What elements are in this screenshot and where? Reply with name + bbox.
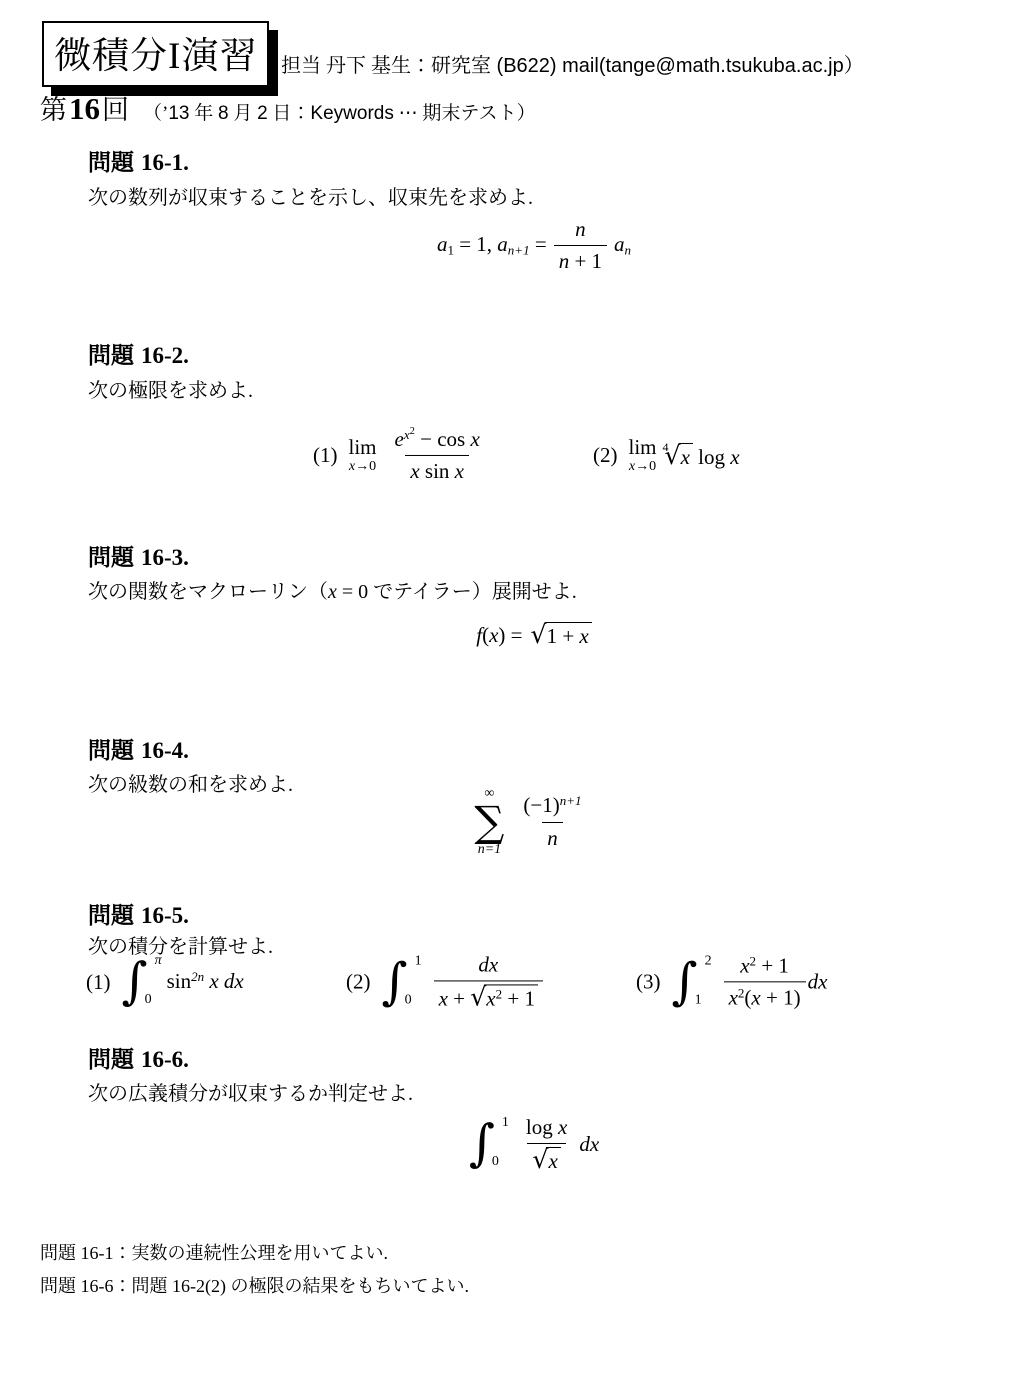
fraction-numerator: n	[570, 217, 591, 245]
formula-16-5-1: (1) ∫ π 0 sin2n x dx	[86, 954, 244, 1010]
fraction-denominator: x2(x + 1)	[724, 982, 806, 1011]
session-number: 16	[67, 91, 102, 127]
problem-title: 問題16-1.	[88, 144, 189, 177]
summation-lower: n=1	[478, 843, 501, 857]
fraction: log x √x	[521, 1115, 572, 1174]
problem-title-kanji: 問題	[88, 903, 134, 928]
footnote-16-1: 問題 16-1：実数の連続性公理を用いてよい.	[40, 1237, 469, 1270]
sigma-sign: ∑	[474, 803, 504, 841]
problem-statement: 次の広義積分が収束するか判定せよ.	[88, 1077, 413, 1106]
integral-upper-limit: 2	[705, 954, 712, 968]
integral: ∫ 2 1	[672, 954, 712, 1010]
formula-16-6: ∫ 1 0 log x √x dx	[44, 1104, 1024, 1184]
function-lhs: f(x) =	[476, 623, 522, 648]
item-label: (3)	[636, 970, 661, 995]
instructor-line: 担当 丹下 基生：研究室 (B622) mail(tange@math.tsuk…	[281, 49, 864, 78]
lim-subscript: x→0	[349, 460, 376, 474]
integral-upper-limit: 1	[502, 1116, 509, 1130]
problem-title-number: 16-3.	[141, 545, 189, 570]
integral-lower-limit: 1	[695, 993, 712, 1007]
formula-row-16-5: (1) ∫ π 0 sin2n x dx (2) ∫ 1 0	[0, 942, 1024, 1022]
radicand: x	[546, 1147, 560, 1174]
differential: dx	[808, 970, 828, 995]
fraction: ex2 − cos x x sin x	[390, 426, 485, 484]
problem-title: 問題16-3.	[88, 539, 189, 572]
fraction-denominator: n + 1	[554, 245, 607, 274]
formula-16-1: a1 = 1, an+1 = n n + 1 an	[44, 212, 1024, 278]
radicand: x2 + 1	[484, 984, 538, 1011]
formula-16-5-3: (3) ∫ 2 1 x2 + 1 x2(x + 1) dx	[636, 953, 827, 1010]
instructor-close-paren: ）	[844, 55, 864, 77]
fraction-numerator: x2 + 1	[735, 953, 794, 981]
item-label: (2)	[346, 970, 371, 995]
instructor-contact: (B622) mail(tange@math.tsukuba.ac.jp	[491, 55, 844, 77]
integral-limits: 1 0	[495, 1116, 509, 1172]
integral: ∫ 1 0	[469, 1116, 509, 1172]
integral-lower-limit: 0	[405, 993, 422, 1007]
integral-limits: π 0	[148, 954, 162, 1010]
formula-row-16-2: (1) lim x→0 ex2 − cos x x sin x (2) lim …	[0, 415, 1024, 495]
course-title: 微積分I演習	[54, 36, 257, 77]
lim-subscript: x→0	[629, 460, 656, 474]
problem-title-number: 16-5.	[141, 903, 189, 928]
problem-title-number: 16-6.	[141, 1047, 189, 1072]
fraction-numerator: dx	[473, 952, 503, 980]
session-prefix: 第	[40, 88, 67, 127]
differential: dx	[579, 1132, 599, 1157]
problem-title-kanji: 問題	[88, 545, 134, 570]
fraction: n n + 1	[554, 217, 607, 274]
formula-16-2-2: (2) lim x→0 4√x log x	[593, 436, 740, 474]
fraction-denominator: √x	[527, 1143, 565, 1174]
integral-upper-limit: π	[155, 954, 162, 968]
footnotes: 問題 16-1：実数の連続性公理を用いてよい. 問題 16-6：問題 16-2(…	[40, 1237, 469, 1303]
problem-statement: 次の極限を求めよ.	[88, 374, 253, 403]
integral: ∫ 1 0	[382, 954, 422, 1010]
problem-title-kanji: 問題	[88, 738, 134, 763]
fraction-numerator: (−1)n+1	[518, 793, 586, 821]
fraction-numerator: log x	[521, 1115, 572, 1143]
fraction-denominator: x + √x2 + 1	[434, 980, 543, 1011]
problem-title: 問題16-4.	[88, 732, 189, 765]
fraction-numerator: ex2 − cos x	[390, 426, 485, 455]
problem-statement: 次の関数をマクローリン（x = 0 でテイラー）展開せよ.	[88, 575, 577, 604]
session-line: 第 16 回 （’13 年 8 月 2 日：Keywords ⋯ 期末テスト）	[40, 88, 536, 127]
problem-title: 問題16-2.	[88, 337, 189, 370]
formula-16-5-2: (2) ∫ 1 0 dx x + √x2 + 1	[346, 952, 550, 1011]
integral-limits: 1 0	[408, 954, 422, 1010]
radicand: 1 + x	[545, 622, 592, 649]
problem-statement: 次の数列が収束することを示し、収束先を求めよ.	[88, 181, 533, 210]
problem-title: 問題16-6.	[88, 1041, 189, 1074]
formula-16-2-1: (1) lim x→0 ex2 − cos x x sin x	[313, 426, 492, 484]
problem-title-kanji: 問題	[88, 343, 134, 368]
worksheet-page: 微積分I演習 担当 丹下 基生：研究室 (B622) mail(tange@ma…	[0, 0, 1024, 1384]
session-info: （’13 年 8 月 2 日：Keywords ⋯ 期末テスト）	[143, 98, 536, 125]
lim-word: lim	[349, 436, 377, 458]
fraction: dx x + √x2 + 1	[434, 952, 543, 1011]
integral-limits: 2 1	[698, 954, 712, 1010]
summation: ∞ ∑ n=1	[474, 787, 504, 858]
equation-lhs: a1 = 1, an+1 =	[437, 232, 547, 258]
problem-title-number: 16-4.	[141, 738, 189, 763]
instructor-name: 担当 丹下 基生：研究室	[281, 55, 491, 77]
limit-operator: lim x→0	[349, 436, 377, 474]
problem-title: 問題16-5.	[88, 897, 189, 930]
fourth-root-expression: 4√x log x	[663, 440, 740, 470]
fraction-denominator: x sin x	[405, 455, 469, 484]
integrand: sin2n x dx	[167, 969, 244, 994]
fraction: (−1)n+1 n	[518, 793, 586, 850]
equation-tail: an	[614, 232, 631, 258]
fraction: x2 + 1 x2(x + 1)	[724, 953, 806, 1010]
item-label: (1)	[86, 970, 111, 995]
problem-title-number: 16-1.	[141, 150, 189, 175]
radicand: x	[679, 443, 693, 470]
integral-lower-limit: 0	[492, 1155, 509, 1169]
item-label: (1)	[313, 443, 338, 468]
item-label: (2)	[593, 442, 618, 467]
integral-lower-limit: 0	[145, 993, 162, 1007]
problem-title-kanji: 問題	[88, 1047, 134, 1072]
problem-title-kanji: 問題	[88, 150, 134, 175]
formula-16-4: ∞ ∑ n=1 (−1)n+1 n	[44, 782, 1024, 862]
formula-16-3: f(x) = √1 + x	[44, 602, 1024, 668]
fraction-denominator: n	[542, 822, 563, 851]
integral: ∫ π 0	[122, 954, 162, 1010]
lim-word: lim	[629, 436, 657, 458]
denominator-prefix: x +	[439, 987, 471, 1011]
course-title-box: 微積分I演習	[42, 21, 269, 87]
footnote-16-6: 問題 16-6：問題 16-2(2) の極限の結果をもちいてよい.	[40, 1270, 469, 1303]
session-suffix: 回	[102, 88, 129, 127]
problem-title-number: 16-2.	[141, 343, 189, 368]
log-term: log x	[693, 445, 740, 469]
limit-operator: lim x→0	[629, 436, 657, 474]
integral-upper-limit: 1	[415, 954, 422, 968]
square-root-expression: √1 + x	[531, 622, 592, 649]
